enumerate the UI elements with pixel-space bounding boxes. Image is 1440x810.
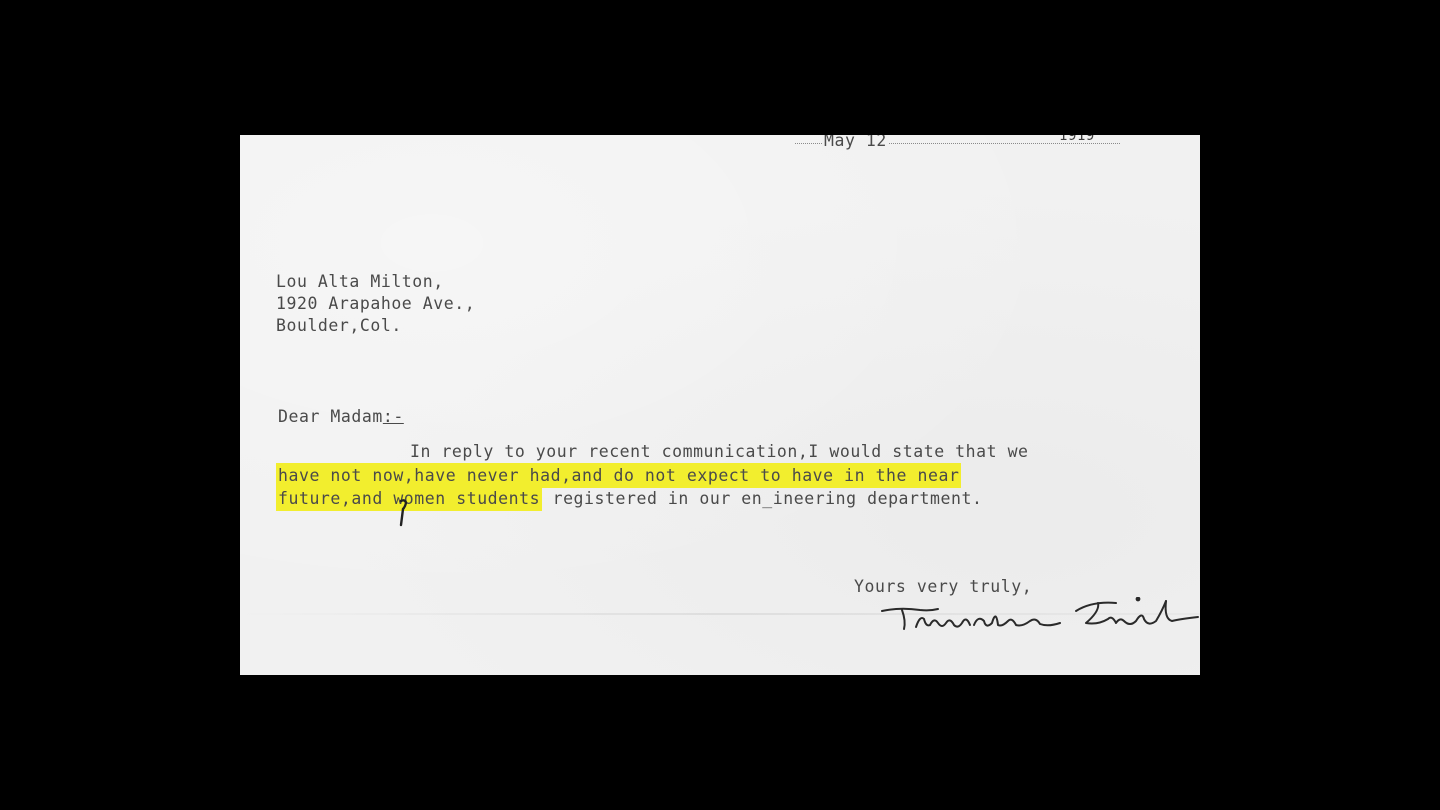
ink-correction-mark-icon — [398, 497, 408, 527]
date-line: May 12 1919 — [795, 135, 1120, 149]
body-line-1: In reply to your recent communication,I … — [410, 444, 1029, 461]
date-year: 1919 — [1057, 135, 1097, 143]
recipient-city: Boulder,Col. — [276, 318, 402, 335]
recipient-name: Lou Alta Milton, — [276, 274, 444, 291]
body-line-3-rest: registered in our en_ineering department… — [542, 489, 982, 508]
closing: Yours very truly, — [854, 579, 1032, 596]
date-month-day: May 12 — [822, 135, 889, 150]
highlighted-text: have not now,have never had,and do not e… — [276, 463, 961, 488]
body-line-3: future,and women students registered in … — [276, 491, 982, 508]
salutation: Dear Madam:- — [278, 409, 404, 426]
salutation-suffix: :- — [383, 407, 404, 426]
highlighted-text: future,and women students — [276, 486, 542, 511]
letter-page: May 12 1919 Lou Alta Milton, 1920 Arapah… — [240, 135, 1200, 675]
recipient-street: 1920 Arapahoe Ave., — [276, 296, 475, 313]
body-line-2: have not now,have never had,and do not e… — [276, 468, 961, 485]
signature-icon — [880, 597, 1200, 647]
salutation-text: Dear Madam — [278, 407, 383, 426]
